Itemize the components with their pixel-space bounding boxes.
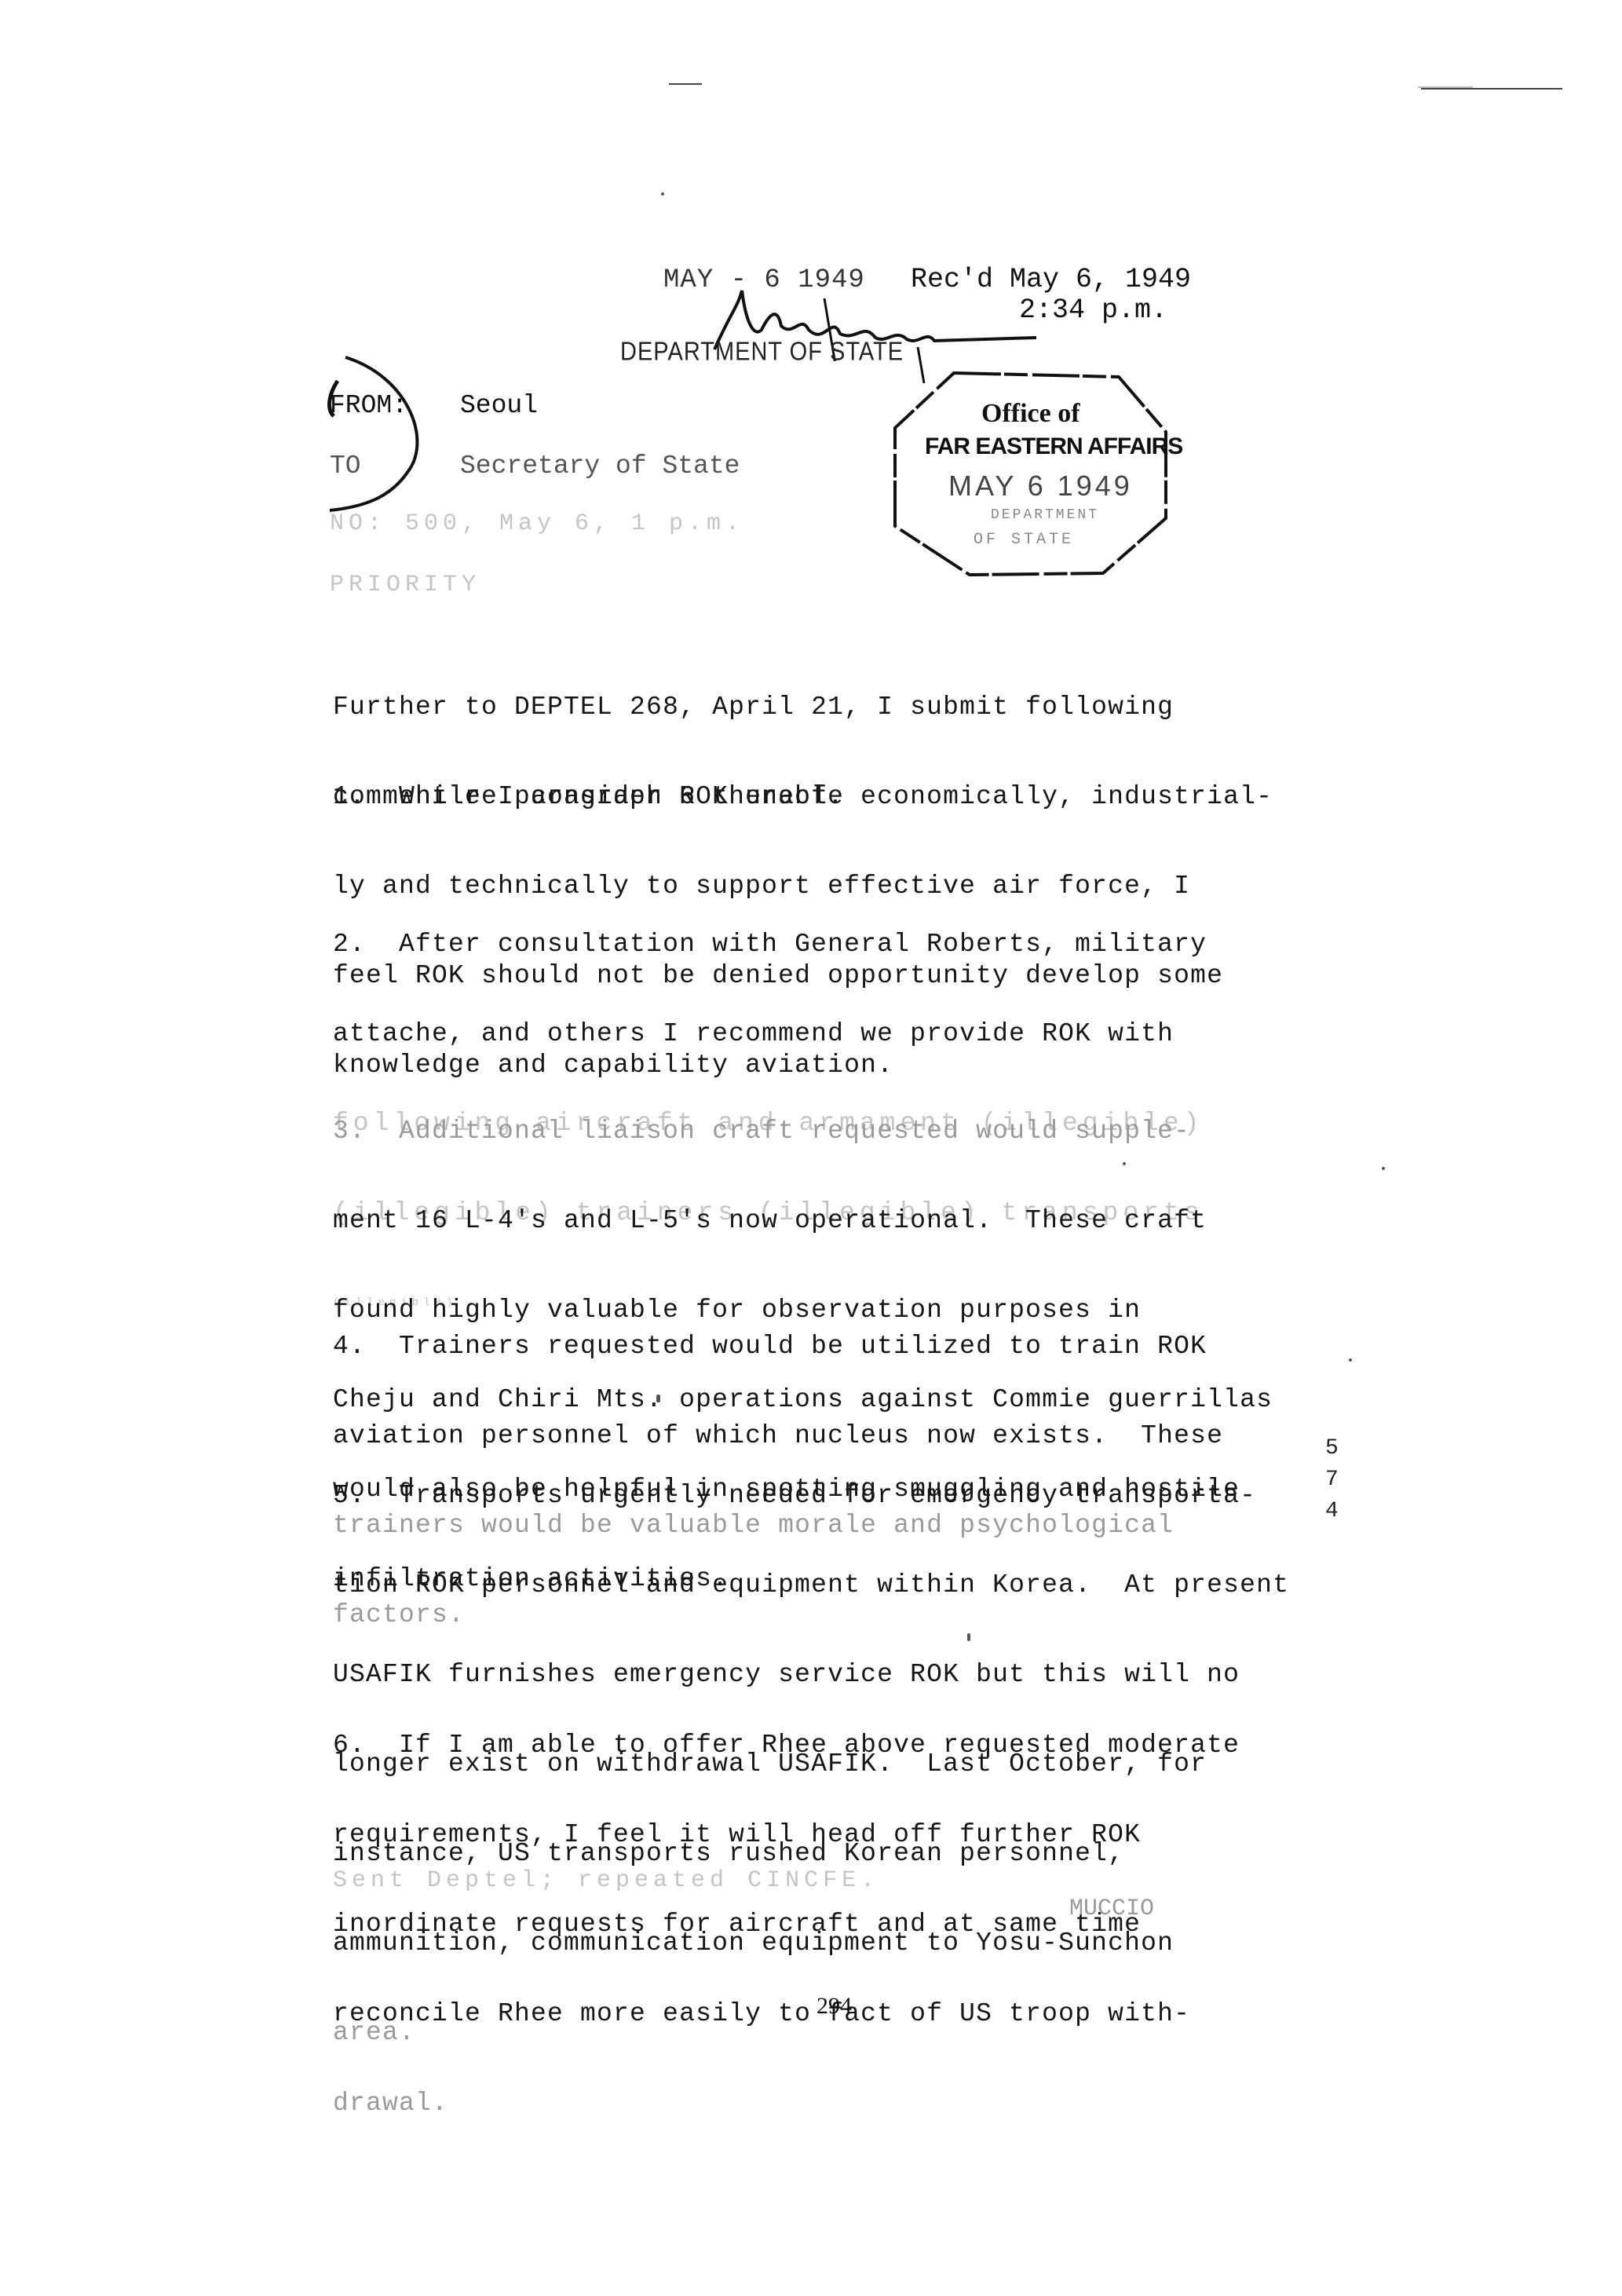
- circled-bracket-mark: [314, 353, 448, 518]
- margin-annotation: 5 7 4: [1325, 1433, 1339, 1527]
- sent-repeated-line: Sent Deptel; repeated CINCFE.: [333, 1867, 879, 1894]
- scan-speck: [661, 192, 664, 196]
- intro-line: Further to DEPTEL 268, April 21, I submi…: [333, 693, 1174, 722]
- document-page: MAY - 6 1949 Rec'd May 6, 1949 2:34 p.m.…: [0, 0, 1622, 2296]
- paragraph-line: 5. Transports urgently needed for emerge…: [333, 1481, 1289, 1511]
- page-number: 294: [816, 1993, 852, 2020]
- office-stamp-line1: Office of: [981, 399, 1080, 429]
- scan-mark: [669, 83, 702, 85]
- scan-speck: [967, 1633, 970, 1641]
- paragraph-line: 2. After consultation with General Rober…: [333, 930, 1207, 960]
- scan-speck: [1349, 1358, 1352, 1362]
- priority-label: PRIORITY: [330, 572, 480, 598]
- paragraph-line: drawal.: [333, 2089, 1240, 2119]
- scan-mark: [1421, 88, 1562, 90]
- paragraph-line: attache, and others I recommend we provi…: [333, 1019, 1207, 1049]
- paragraph-6: 6. If I am able to offer Rhee above requ…: [333, 1671, 1240, 2178]
- to-label: TO: [330, 452, 361, 481]
- paragraph-line: 4. Trainers requested would be utilized …: [333, 1332, 1223, 1362]
- paragraph-line: reconcile Rhee more easily to fact of US…: [333, 1999, 1240, 2029]
- from-value: Seoul: [460, 391, 538, 420]
- paragraph-line: requirements, I feel it will head off fu…: [333, 1820, 1240, 1850]
- sender-signature: MUCCIO: [1069, 1896, 1154, 1922]
- scan-speck: [1382, 1167, 1385, 1170]
- office-stamp-line5: OF STATE: [974, 531, 1074, 549]
- paragraph-line: 6. If I am able to offer Rhee above requ…: [333, 1731, 1240, 1760]
- scan-speck: [1123, 1162, 1126, 1165]
- office-stamp-line4: DEPARTMENT: [991, 507, 1099, 523]
- received-time: 2:34 p.m.: [1019, 294, 1167, 326]
- paragraph-line: tion ROK personnel and equipment within …: [333, 1570, 1289, 1600]
- department-of-state-stamp: DEPARTMENT OF STATE: [620, 338, 904, 367]
- scan-speck: [656, 1395, 660, 1402]
- office-stamp-date: MAY 6 1949: [948, 470, 1133, 503]
- to-value: Secretary of State: [460, 452, 740, 481]
- paragraph-line: 1. While I consider ROK unable economica…: [333, 782, 1273, 812]
- from-label: FROM:: [330, 391, 407, 420]
- paragraph-line: 3. Additional liaison craft requested wo…: [333, 1117, 1273, 1146]
- office-stamp-line2: FAR EASTERN AFFAIRS: [925, 433, 1182, 460]
- paragraph-line: ment 16 L-4's and L-5's now operational.…: [333, 1206, 1273, 1236]
- telegram-number-line: NO: 500, May 6, 1 p.m.: [330, 510, 744, 537]
